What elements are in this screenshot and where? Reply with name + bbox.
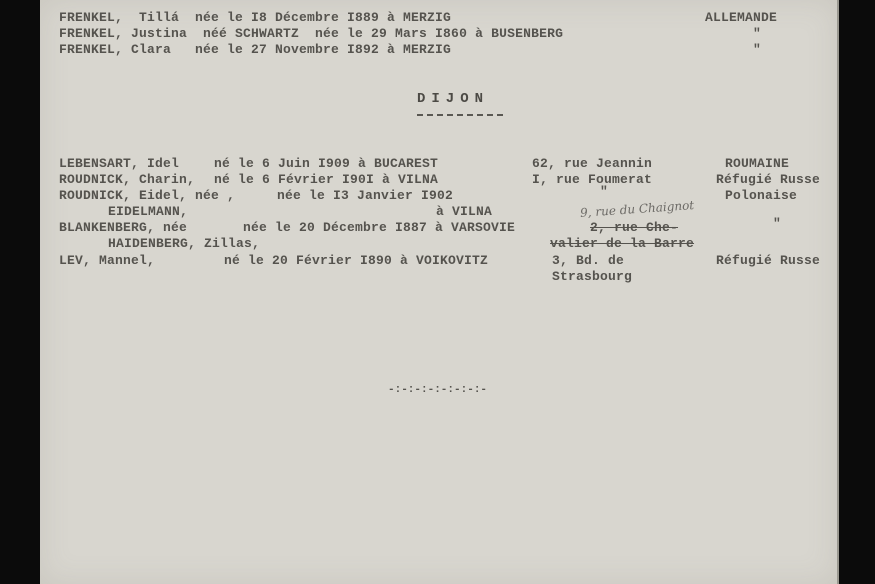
name-roudnick-charin: ROUDNICK, Charin, (59, 172, 195, 188)
maiden-name-haidenberg: HAIDENBERG, Zillas, (108, 236, 260, 252)
birth-roudnick-eidel: née le I3 Janvier I902 (277, 188, 453, 204)
struck-address-line2: valier de la Barre (550, 236, 694, 252)
heading-underline (417, 114, 503, 116)
entry-frenkel-clara: FRENKEL, Clara née le 27 Novembre I892 à… (59, 42, 451, 58)
address-lev: 3, Bd. de (552, 253, 624, 269)
document-page (40, 0, 837, 584)
nationality-lebensart: ROUMAINE (725, 156, 789, 172)
address-roudnick-charin: I, rue Foumerat (532, 172, 652, 188)
entry-frenkel-justina: FRENKEL, Justina néé SCHWARTZ née le 29 … (59, 26, 563, 42)
address-lev-line2: Strasbourg (552, 269, 632, 285)
birth-blankenberg: née le 20 Décembre I887 à VARSOVIE (243, 220, 515, 236)
maiden-name-eidelmann: EIDELMANN, (108, 204, 188, 220)
nationality-roudnick-eidel: Polonaise (725, 188, 797, 204)
name-roudnick-eidel: ROUDNICK, Eidel, née , (59, 188, 235, 204)
nationality-frenkel-clara: " (753, 42, 761, 58)
name-lebensart: LEBENSART, Idel (59, 156, 179, 172)
struck-address-line1: 2, rue Che- (590, 220, 678, 236)
nationality-blankenberg: " (773, 216, 781, 232)
birth-roudnick-charin: né le 6 Février I90I à VILNA (214, 172, 438, 188)
birth-place-roudnick-eidel: à VILNA (436, 204, 492, 220)
end-separator: -:-:-:-:-:-:-:- (388, 384, 487, 396)
nationality-frenkel-justina: " (753, 26, 761, 42)
name-lev: LEV, Mannel, (59, 253, 155, 269)
nationality-roudnick-charin: Réfugié Russe (716, 172, 820, 188)
section-heading-dijon: DIJON (417, 91, 489, 107)
address-roudnick-eidel: " (600, 184, 608, 200)
birth-lebensart: né le 6 Juin I909 à BUCAREST (214, 156, 438, 172)
address-lebensart: 62, rue Jeannin (532, 156, 652, 172)
birth-lev: né le 20 Février I890 à VOIKOVITZ (224, 253, 488, 269)
nationality-lev: Réfugié Russe (716, 253, 820, 269)
nationality-frenkel-tilla: ALLEMANDE (705, 10, 777, 26)
entry-frenkel-tilla: FRENKEL, Tillá née le I8 Décembre I889 à… (59, 10, 451, 26)
page-edge (837, 0, 839, 584)
name-blankenberg: BLANKENBERG, née (59, 220, 187, 236)
